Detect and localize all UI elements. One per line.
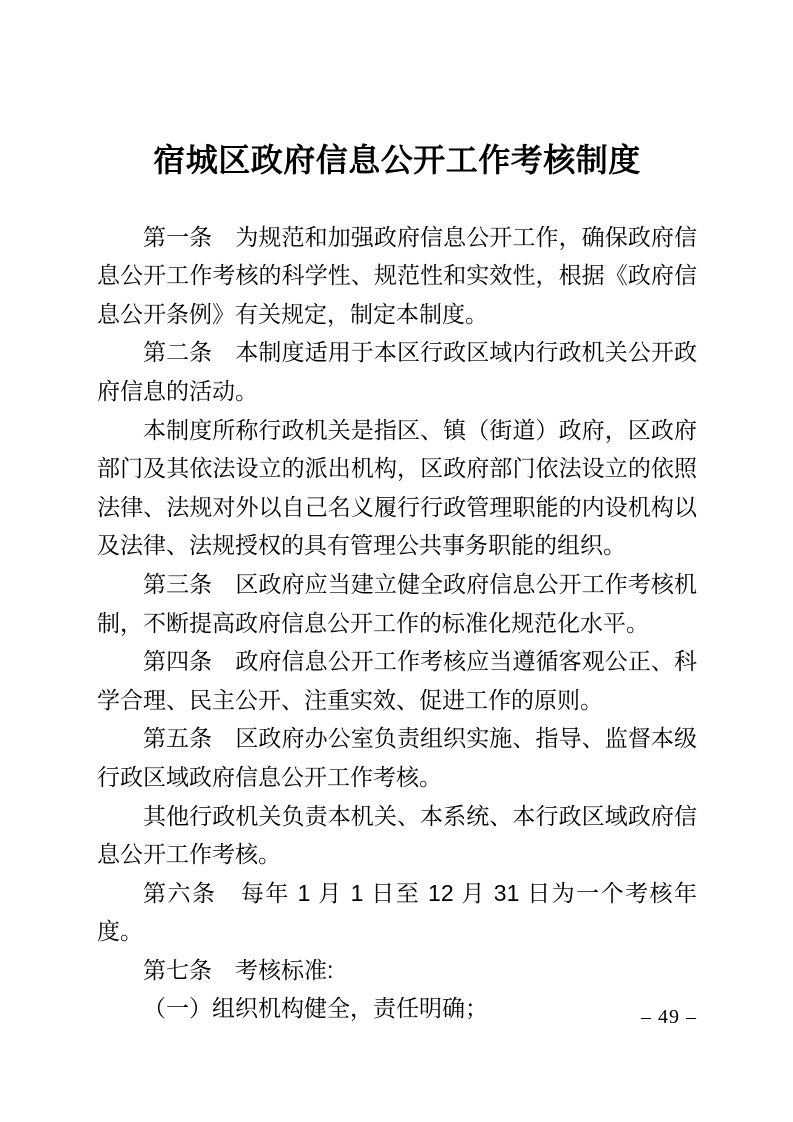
document-content: 宿城区政府信息公开工作考核制度 第一条 为规范和加强政府信息公开工作，确保政府信…: [97, 0, 697, 1028]
paragraph: 第六条 每年 1 月 1 日至 12 月 31 日为一个考核年度。: [97, 874, 697, 951]
page-number: – 49 –: [641, 1006, 697, 1029]
paragraph: 第四条 政府信息公开工作考核应当遵循客观公正、科学合理、民主公开、注重实效、促进…: [97, 642, 697, 719]
document-body: 第一条 为规范和加强政府信息公开工作，确保政府信息公开工作考核的科学性、规范性和…: [97, 218, 697, 1028]
document-page: 宿城区政府信息公开工作考核制度 第一条 为规范和加强政府信息公开工作，确保政府信…: [0, 0, 793, 1122]
paragraph: （一）组织机构健全，责任明确；: [97, 989, 697, 1028]
paragraph: 第一条 为规范和加强政府信息公开工作，确保政府信息公开工作考核的科学性、规范性和…: [97, 218, 697, 334]
paragraph: 第五条 区政府办公室负责组织实施、指导、监督本级行政区域政府信息公开工作考核。: [97, 719, 697, 796]
paragraph: 第三条 区政府应当建立健全政府信息公开工作考核机制，不断提高政府信息公开工作的标…: [97, 565, 697, 642]
paragraph: 第七条 考核标准:: [97, 951, 697, 990]
page-title: 宿城区政府信息公开工作考核制度: [97, 140, 697, 182]
paragraph: 其他行政机关负责本机关、本系统、本行政区域政府信息公开工作考核。: [97, 797, 697, 874]
paragraph: 本制度所称行政机关是指区、镇（街道）政府，区政府部门及其依法设立的派出机构，区政…: [97, 411, 697, 565]
paragraph: 第二条 本制度适用于本区行政区域内行政机关公开政府信息的活动。: [97, 333, 697, 410]
